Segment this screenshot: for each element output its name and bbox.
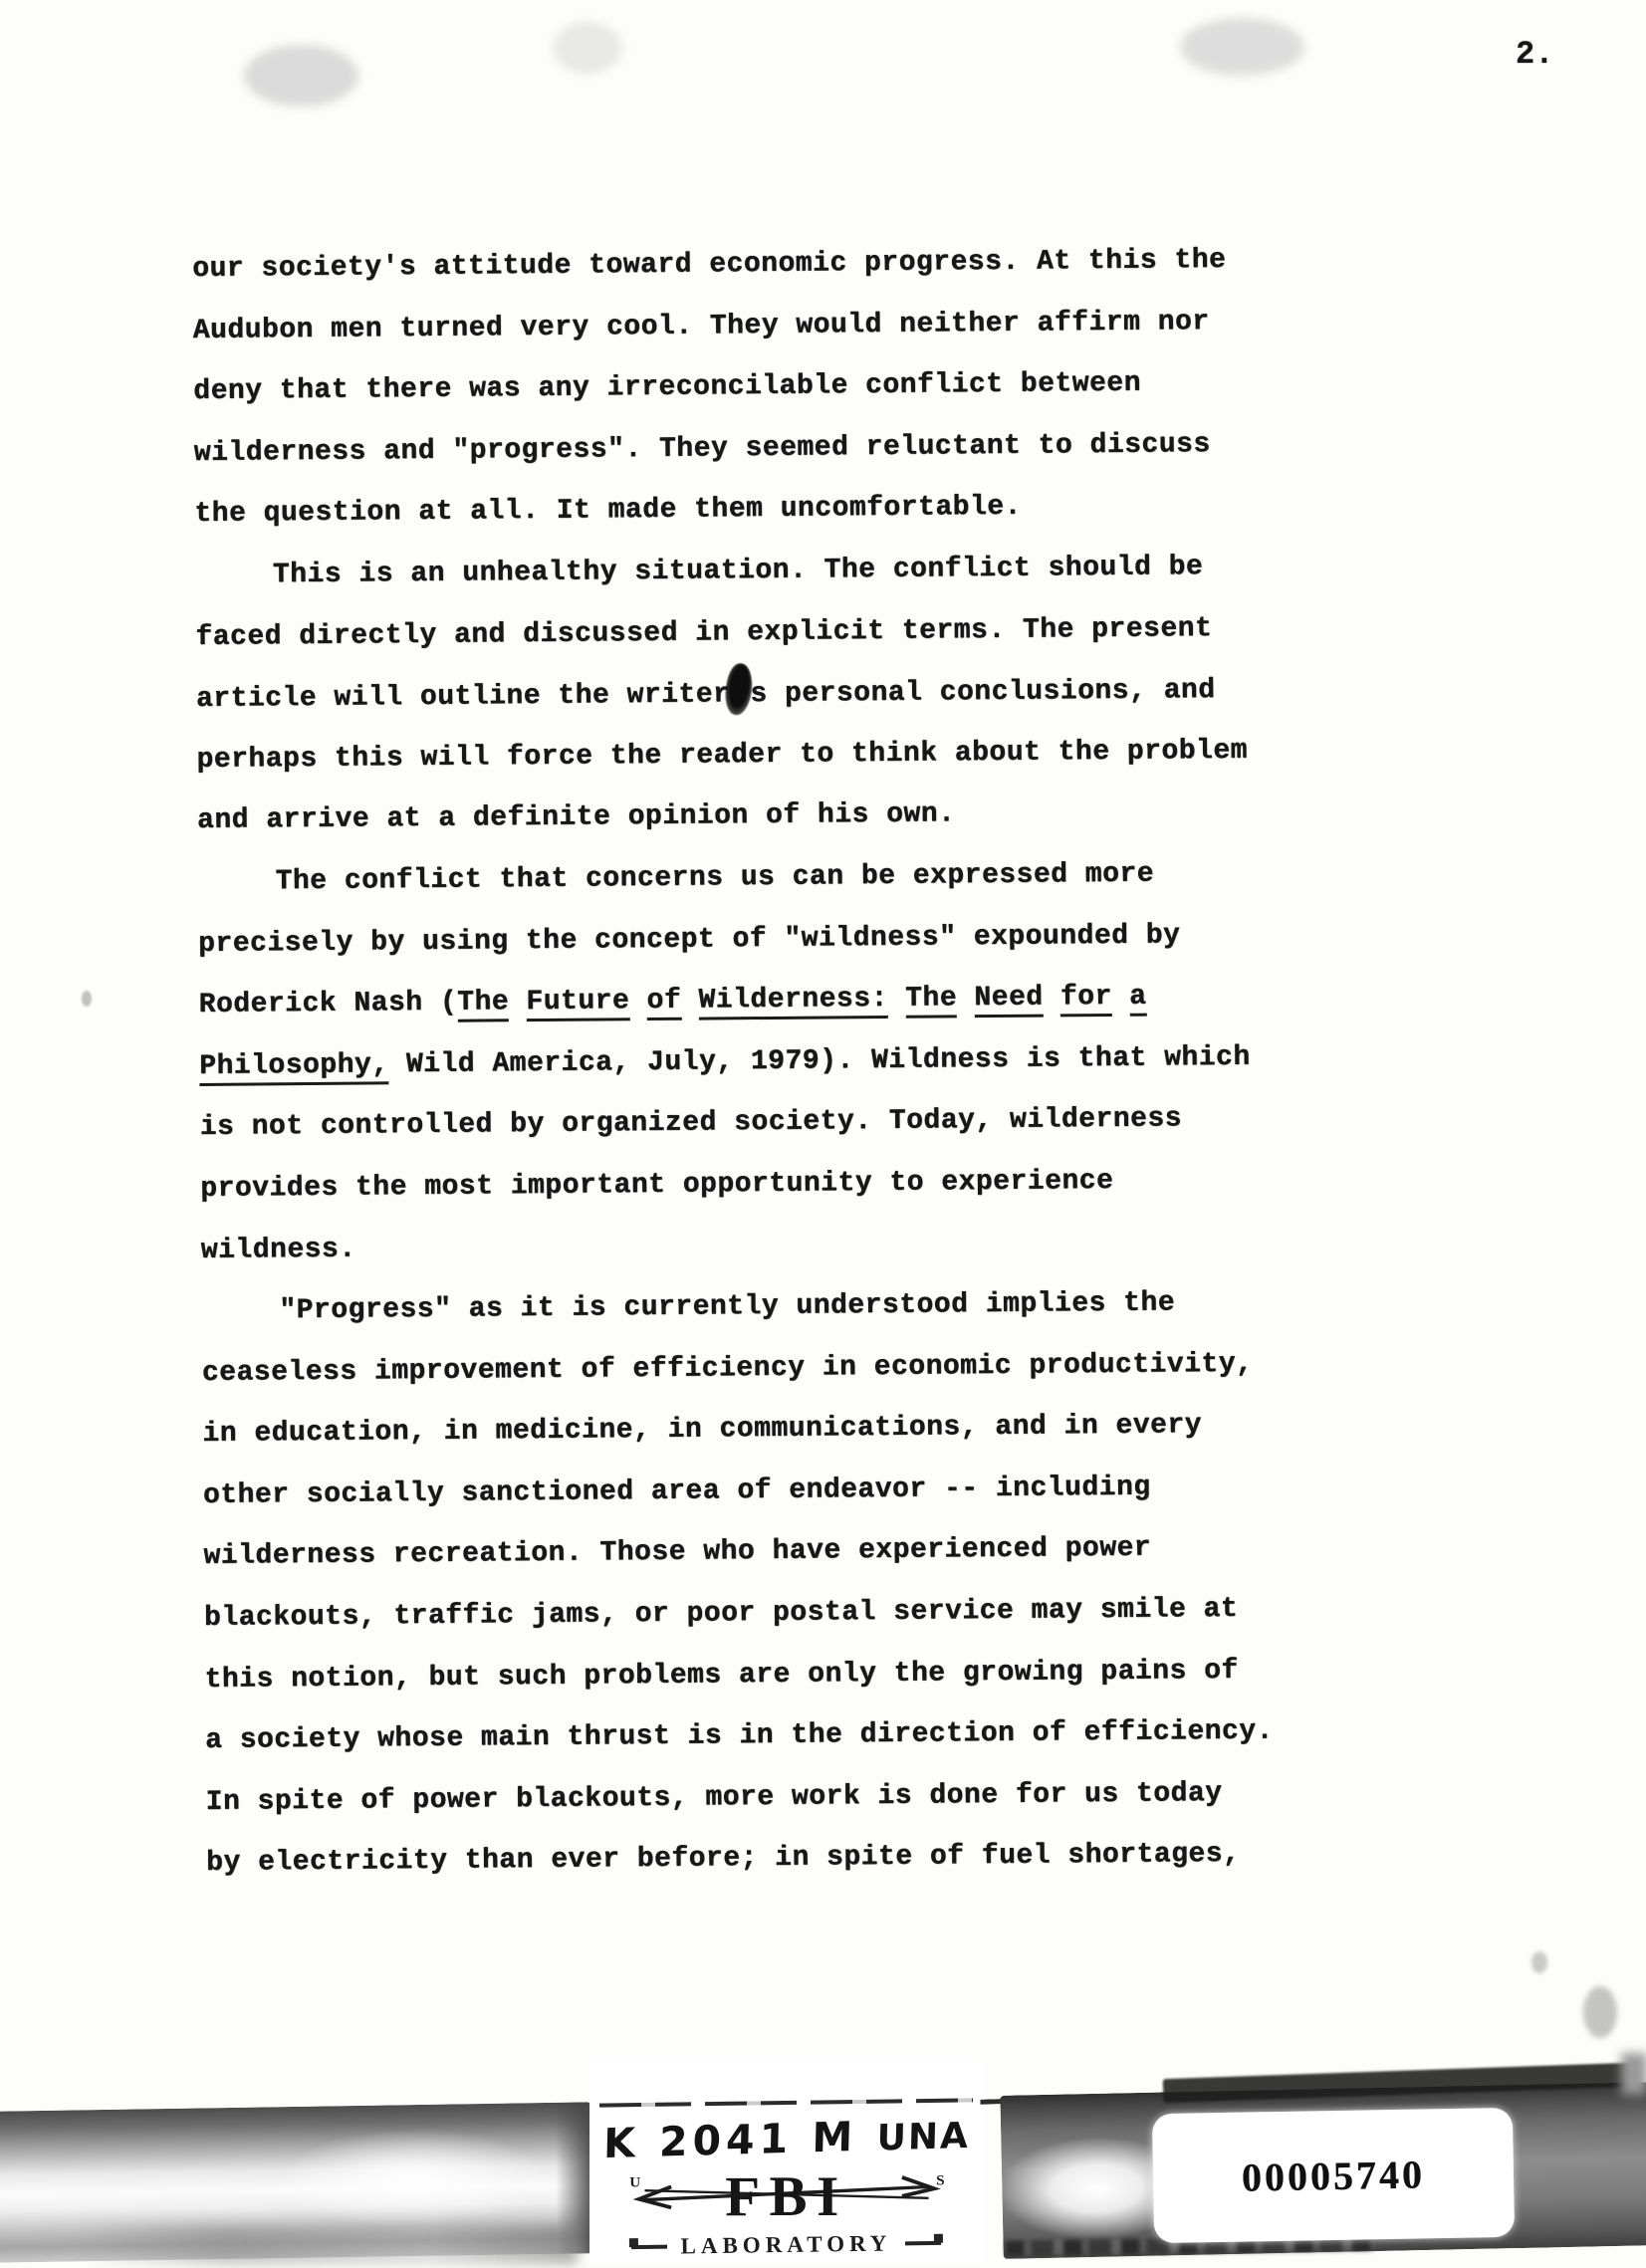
arrow-left-letter: U xyxy=(629,2173,640,2190)
text-segment xyxy=(888,984,906,1015)
stamp-dash-icon xyxy=(905,2241,941,2246)
text-segment: Future xyxy=(526,986,629,1021)
text-segment: our society's attitude toward economic p… xyxy=(192,245,1226,285)
text-line: blackouts, traffic jams, or poor postal … xyxy=(204,1578,1319,1649)
text-segment: in education, in medicine, in communicat… xyxy=(202,1410,1202,1450)
text-segment: wilderness and "progress". They seemed r… xyxy=(194,429,1211,469)
text-line: the question at all. It made them uncomf… xyxy=(194,475,1309,546)
text-line: this notion, but such problems are only … xyxy=(204,1640,1319,1710)
text-segment: Roderick Nash ( xyxy=(199,988,458,1021)
text-segment: The conflict that concerns us can be exp… xyxy=(276,859,1155,898)
text-line: is not controlled by organized society. … xyxy=(200,1088,1315,1159)
label-top-edge xyxy=(599,2098,973,2107)
text-segment: "Progress" as it is currently understood… xyxy=(279,1288,1175,1327)
text-segment xyxy=(957,983,975,1014)
text-line: in education, in medicine, in communicat… xyxy=(202,1394,1317,1465)
text-segment: Wild America, July, 1979). Wildness is t… xyxy=(388,1041,1250,1080)
text-line: deny that there was any irreconcilable c… xyxy=(193,351,1308,422)
text-line: precisely by using the concept of "wildn… xyxy=(198,904,1313,975)
text-segment: Philosophy, xyxy=(199,1049,389,1086)
page-number: 2. xyxy=(1516,36,1553,73)
film-strip-left-shadow xyxy=(80,2226,578,2264)
scan-smudge xyxy=(1583,1986,1617,2038)
text-line: faced directly and discussed in explicit… xyxy=(195,597,1310,668)
fbi-text: FBI xyxy=(725,2165,848,2228)
text-segment: s personal conclusions, and xyxy=(750,675,1215,710)
scan-smudge xyxy=(1621,2053,1646,2095)
text-segment: This is an unhealthy situation. The conf… xyxy=(273,552,1204,590)
text-line: and arrive at a definite opinion of his … xyxy=(197,782,1312,852)
stamp-dash-icon xyxy=(631,2245,667,2250)
text-segment xyxy=(1112,982,1130,1013)
text-segment: The xyxy=(457,987,509,1021)
text-segment: perhaps this will force the reader to th… xyxy=(196,736,1248,776)
text-segment: Need xyxy=(974,983,1044,1019)
text-line: Audubon men turned very cool. They would… xyxy=(193,291,1308,361)
scan-smudge xyxy=(244,45,358,107)
text-line: a society whose main thrust is in the di… xyxy=(205,1701,1320,1771)
scan-smudge xyxy=(1180,18,1304,76)
text-line: provides the most important opportunity … xyxy=(200,1149,1315,1220)
text-segment: is not controlled by organized society. … xyxy=(200,1104,1182,1144)
text-segment: and arrive at a definite opinion of his … xyxy=(197,799,956,837)
text-segment: ceaseless improvement of efficiency in e… xyxy=(202,1348,1254,1388)
text-segment: by electricity than ever before; in spit… xyxy=(206,1839,1240,1879)
text-segment xyxy=(1044,983,1061,1014)
text-segment: wildness. xyxy=(201,1234,356,1265)
scan-smudge xyxy=(553,22,622,74)
scan-smudge xyxy=(1531,1951,1547,1973)
fbi-laboratory-label: K 2041 M UNA U S FBI LABORATORY xyxy=(589,2057,983,2264)
case-code: UNA xyxy=(876,2116,970,2159)
text-line: "Progress" as it is currently understood… xyxy=(201,1271,1316,1342)
text-segment: provides the most important opportunity … xyxy=(200,1166,1113,1205)
text-segment xyxy=(681,986,699,1017)
text-segment: other socially sanctioned area of endeav… xyxy=(203,1473,1151,1511)
serial-number: 00005740 xyxy=(1242,2151,1426,2200)
text-line: Philosophy, Wild America, July, 1979). W… xyxy=(199,1026,1314,1097)
scanned-document-page: { "page": { "number": "2." }, "body": { … xyxy=(0,0,1646,2268)
arrow-right-letter: S xyxy=(936,2172,944,2189)
text-segment: this notion, but such problems are only … xyxy=(204,1656,1238,1696)
text-segment: article will outline the writer xyxy=(196,679,731,715)
text-segment: a xyxy=(1129,982,1147,1017)
text-line: wildness. xyxy=(201,1211,1316,1281)
serial-number-sticker: 00005740 xyxy=(1152,2108,1515,2243)
text-line: article will outline the writers persona… xyxy=(196,658,1311,729)
text-segment: In spite of power blackouts, more work i… xyxy=(206,1778,1223,1818)
text-line: by electricity than ever before; in spit… xyxy=(206,1824,1321,1895)
text-segment: wilderness recreation. Those who have ex… xyxy=(203,1533,1151,1572)
text-segment: The xyxy=(905,983,957,1018)
text-segment xyxy=(629,986,647,1017)
text-segment: of xyxy=(646,986,681,1021)
text-line: our society's attitude toward economic p… xyxy=(192,229,1307,300)
text-segment: a society whose main thrust is in the di… xyxy=(205,1716,1274,1756)
fbi-logo: U S FBI xyxy=(617,2156,956,2232)
laboratory-row: LABORATORY xyxy=(589,2229,983,2261)
text-line: This is an unhealthy situation. The conf… xyxy=(195,536,1310,606)
text-line: other socially sanctioned area of endeav… xyxy=(203,1456,1318,1526)
text-segment: blackouts, traffic jams, or poor postal … xyxy=(204,1594,1238,1634)
laboratory-text: LABORATORY xyxy=(680,2231,891,2260)
text-segment: Audubon men turned very cool. They would… xyxy=(193,307,1210,346)
text-segment: precisely by using the concept of "wildn… xyxy=(198,920,1180,960)
text-line: Roderick Nash (The Future of Wilderness:… xyxy=(198,965,1313,1035)
text-segment: faced directly and discussed in explicit… xyxy=(195,613,1212,653)
text-line: The conflict that concerns us can be exp… xyxy=(197,842,1312,913)
scan-smudge xyxy=(82,991,92,1007)
text-line: wilderness recreation. Those who have ex… xyxy=(203,1517,1318,1588)
typed-text-block: our society's attitude toward economic p… xyxy=(192,229,1321,1895)
text-segment: the question at all. It made them uncomf… xyxy=(194,492,1022,530)
text-segment xyxy=(509,987,527,1018)
text-segment: for xyxy=(1060,982,1112,1017)
text-segment: deny that there was any irreconcilable c… xyxy=(193,368,1141,407)
text-line: In spite of power blackouts, more work i… xyxy=(205,1762,1320,1833)
text-segment: Wilderness: xyxy=(698,984,888,1021)
text-line: perhaps this will force the reader to th… xyxy=(196,720,1311,791)
text-line: wilderness and "progress". They seemed r… xyxy=(194,413,1309,484)
text-line: ceaseless improvement of efficiency in e… xyxy=(202,1333,1317,1404)
